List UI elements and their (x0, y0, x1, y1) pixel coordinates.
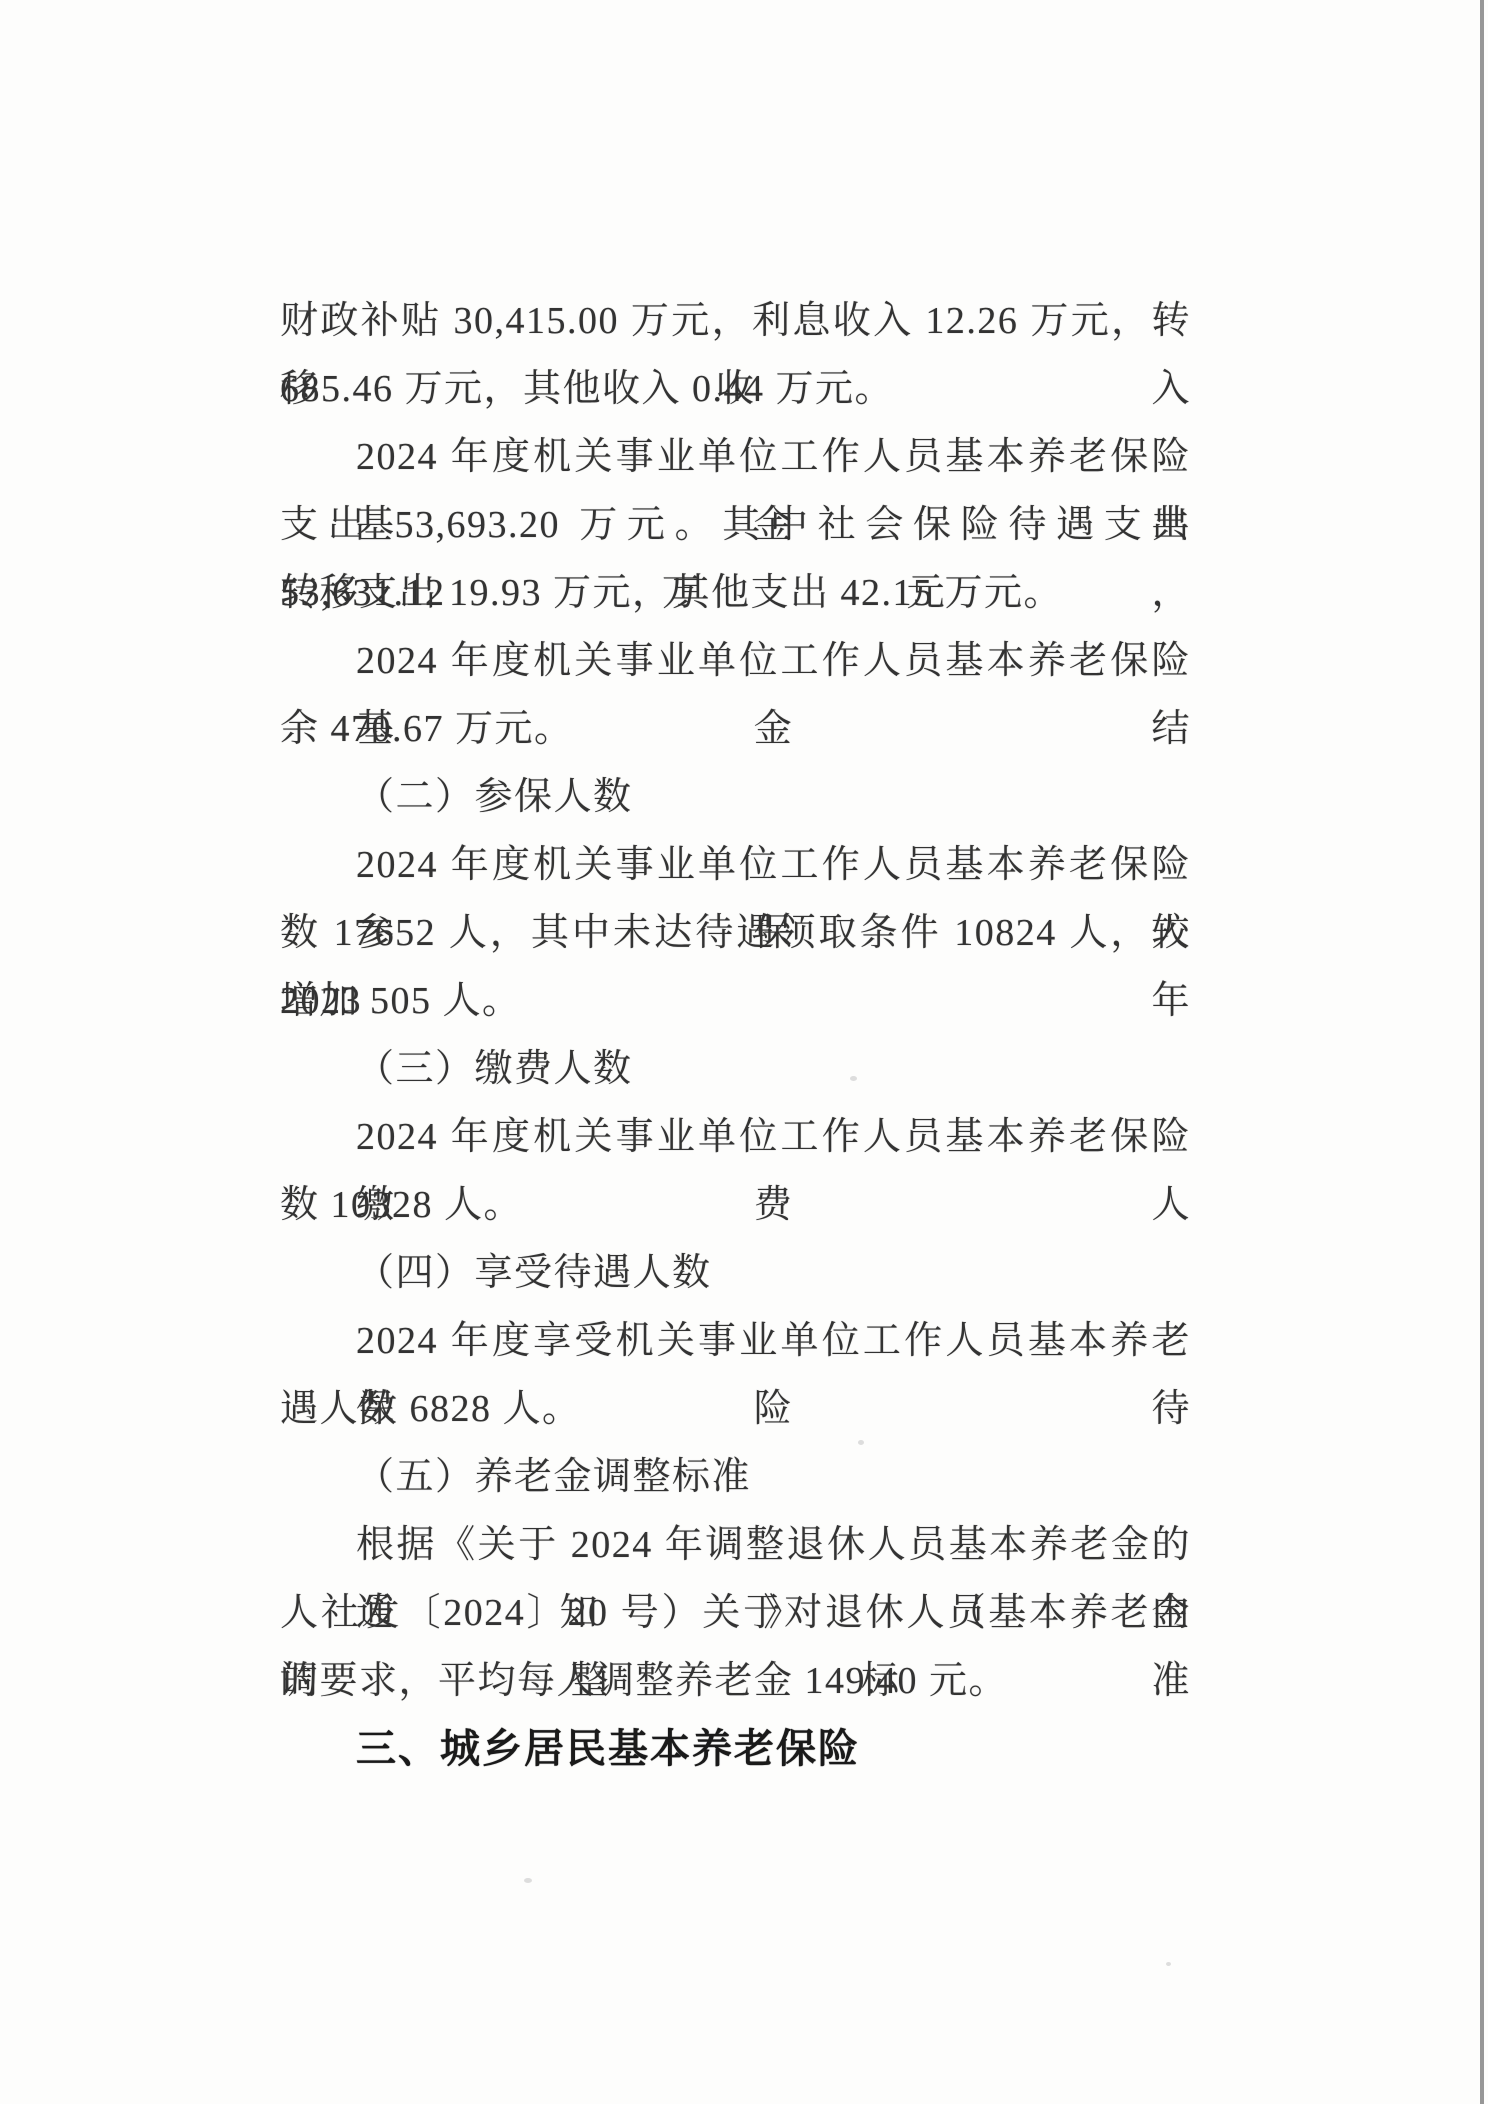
text-line: 人社发〔2024〕20 号）关于对退休人员基本养老金调整标准 (280, 1579, 1191, 1647)
scan-speck (850, 1076, 857, 1081)
section-subheading: （五）养老金调整标准 (280, 1443, 1191, 1511)
scan-speck (524, 1878, 532, 1883)
text-line: 2024 年度机关事业单位工作人员基本养老保险参保人 (280, 831, 1191, 899)
document-body: 财政补贴 30,415.00 万元，利息收入 12.26 万元，转移收入 685… (280, 287, 1191, 1783)
section-heading: 三、城乡居民基本养老保险 (280, 1715, 1191, 1783)
section-subheading: （二）参保人数 (280, 763, 1191, 831)
section-subheading: （四）享受待遇人数 (280, 1239, 1191, 1307)
scan-speck (1166, 1962, 1171, 1966)
text-line: 2024 年度享受机关事业单位工作人员基本养老保险待 (280, 1307, 1191, 1375)
scan-edge-line (1480, 0, 1484, 2104)
scan-speck (858, 1440, 864, 1445)
text-line: 转移支出 19.93 万元，其他支出 42.15 万元。 (280, 559, 1191, 627)
text-line: 2024 年度机关事业单位工作人员基本养老保险基金共 (280, 423, 1191, 491)
text-line: 财政补贴 30,415.00 万元，利息收入 12.26 万元，转移收入 (280, 287, 1191, 355)
text-line: 2024 年度机关事业单位工作人员基本养老保险基金结 (280, 627, 1191, 695)
text-line: 数 17652 人，其中未达待遇领取条件 10824 人，较 2023 年 (280, 899, 1191, 967)
text-line: 根据《关于 2024 年调整退休人员基本养老金的通知》（内 (280, 1511, 1191, 1579)
text-line: 支出 53,693.20 万元。其中社会保险待遇支出 53,631.12 万元， (280, 491, 1191, 559)
document-page: 财政补贴 30,415.00 万元，利息收入 12.26 万元，转移收入 685… (0, 0, 1488, 2104)
text-line: 2024 年度机关事业单位工作人员基本养老保险缴费人 (280, 1103, 1191, 1171)
section-subheading: （三）缴费人数 (280, 1035, 1191, 1103)
